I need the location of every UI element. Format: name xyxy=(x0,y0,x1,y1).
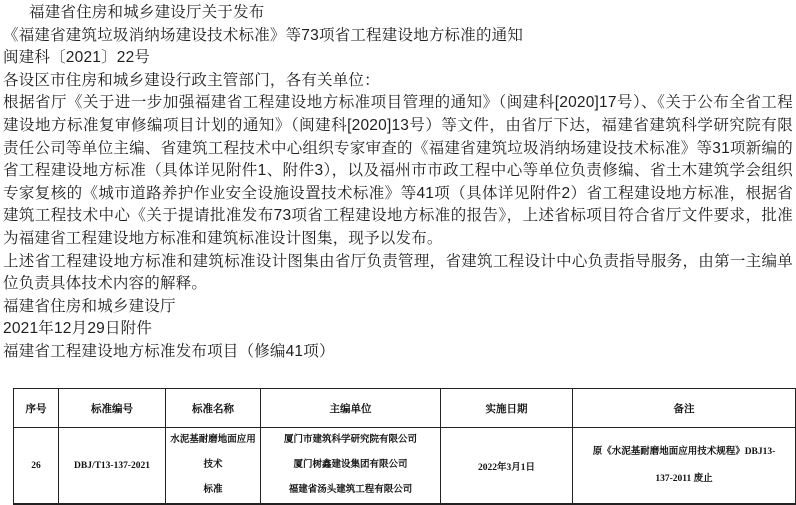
doc-title-line2: 《福建省建筑垃圾消纳场建设技术标准》等73项省工程建设地方标准的通知 xyxy=(3,25,793,48)
doc-salutation: 各设区市住房和城乡建设行政主管部门，各有关单位： xyxy=(3,70,793,93)
header-standard-name: 标准名称 xyxy=(166,389,261,428)
editor-unit-3: 福建省汤头建筑工程有限公司 xyxy=(265,478,436,503)
editor-unit-1: 厦门市建筑科学研究院有限公司 xyxy=(265,428,436,453)
header-remarks: 备注 xyxy=(573,389,796,428)
doc-title-line1: 福建省住房和城乡建设厅关于发布 xyxy=(3,2,793,25)
doc-paragraph-management: 上述省工程建设地方标准和建筑标准设计图集由省厅负责管理，省建筑工程设计中心负责指… xyxy=(3,251,793,296)
cell-implementation-date: 2022年3月1日 xyxy=(441,428,573,505)
cell-standard-code: DBJ/T13-137-2021 xyxy=(59,428,166,505)
editor-unit-2: 厦门树鑫建设集团有限公司 xyxy=(265,453,436,478)
cell-standard-name: 水泥基耐磨地面应用技术 标准 xyxy=(166,428,261,505)
doc-date-attachment: 2021年12月29日附件 xyxy=(3,318,793,341)
table-row: 26 DBJ/T13-137-2021 水泥基耐磨地面应用技术 标准 厦门市建筑… xyxy=(14,428,796,505)
header-seq: 序号 xyxy=(14,389,59,428)
cell-remarks: 原《水泥基耐磨地面应用技术规程》DBJ13- 137-2011 废止 xyxy=(573,428,796,505)
header-chief-editor-unit: 主编单位 xyxy=(261,389,441,428)
doc-issuer: 福建省住房和城乡建设厅 xyxy=(3,296,793,319)
notice-document: 福建省住房和城乡建设厅关于发布 《福建省建筑垃圾消纳场建设技术标准》等73项省工… xyxy=(3,2,793,364)
standards-table: 序号 标准编号 标准名称 主编单位 实施日期 备注 26 DBJ/T13-137… xyxy=(13,388,796,505)
doc-paragraph-main: 根据省厅《关于进一步加强福建省工程建设地方标准项目管理的通知》（闽建科[2020… xyxy=(3,92,793,250)
notice-page: 福建省住房和城乡建设厅关于发布 《福建省建筑垃圾消纳场建设技术标准》等73项省工… xyxy=(0,0,796,505)
header-implementation-date: 实施日期 xyxy=(441,389,573,428)
table-header-row: 序号 标准编号 标准名称 主编单位 实施日期 备注 xyxy=(14,389,796,428)
cell-chief-editor-units: 厦门市建筑科学研究院有限公司 厦门树鑫建设集团有限公司 福建省汤头建筑工程有限公… xyxy=(261,428,441,505)
doc-number: 闽建科〔2021〕22号 xyxy=(3,47,793,70)
header-standard-code: 标准编号 xyxy=(59,389,166,428)
attachment-title: 福建省工程建设地方标准发布项目（修编41项） xyxy=(3,341,793,364)
cell-seq: 26 xyxy=(14,428,59,505)
